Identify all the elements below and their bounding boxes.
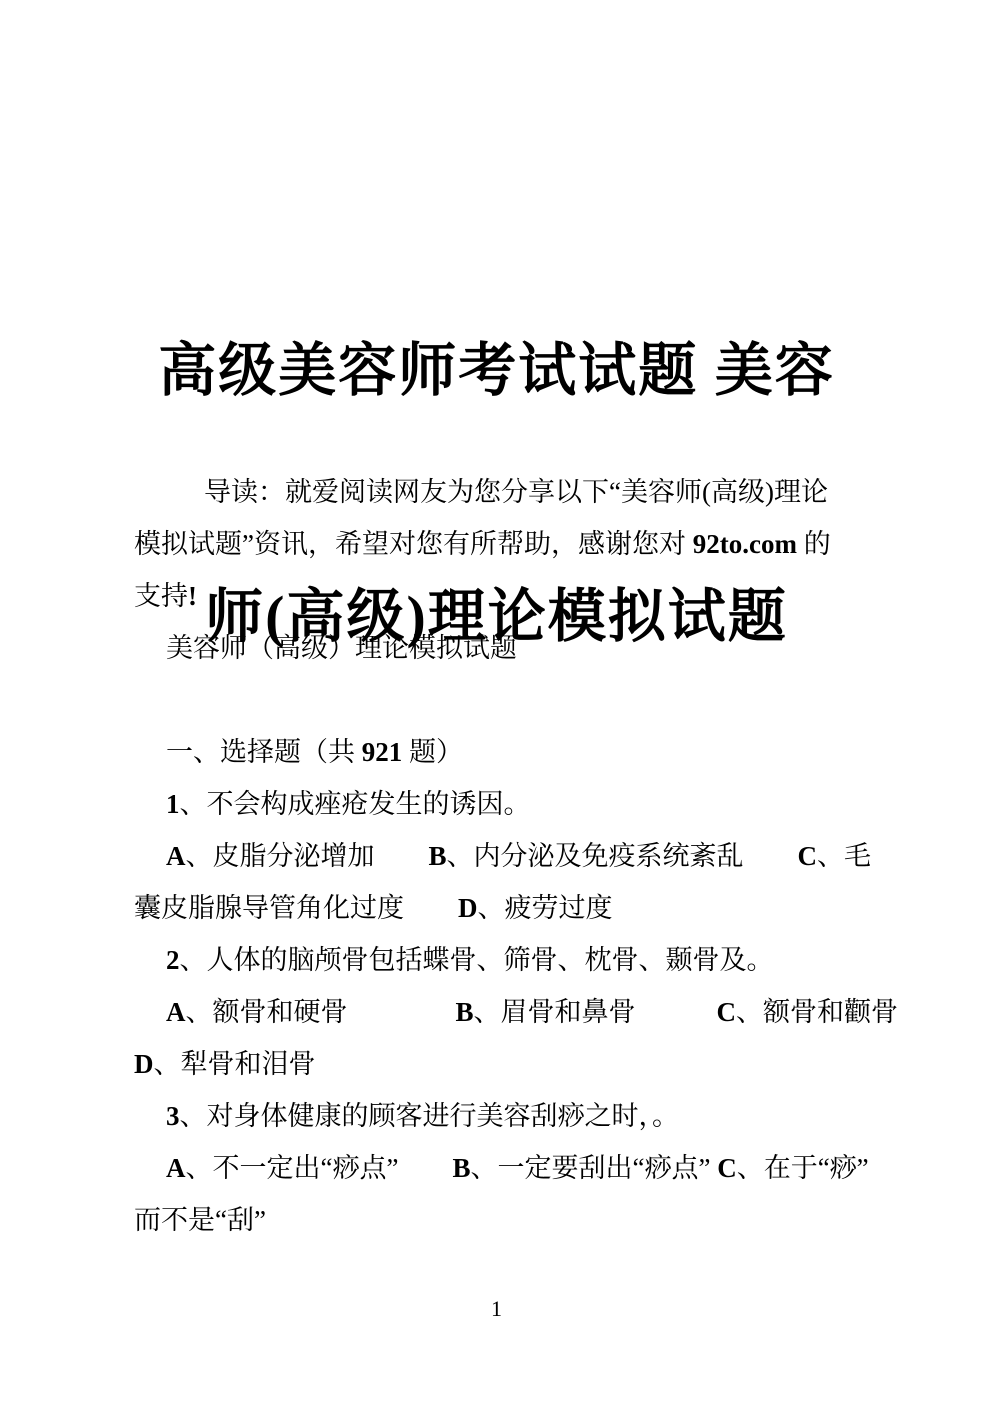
intro-line: 导读：就爱阅读网友为您分享以下“美容师(高级)理论	[134, 466, 846, 518]
text-segment: 1	[166, 789, 180, 819]
text-segment: 模拟试题”资讯，希望对您有所帮助，感谢您对	[134, 529, 693, 559]
question-1-options: A、皮脂分泌增加 B、内分泌及免疫系统紊乱 C、毛	[134, 830, 846, 882]
question-3-stem: 3、对身体健康的顾客进行美容刮痧之时，。	[134, 1090, 846, 1142]
blank-line	[134, 674, 846, 726]
page-title-line-1: 高级美容师考试试题 美容	[0, 330, 993, 412]
text-segment: 、人体的脑颅骨包括蝶骨、筛骨、枕骨、颞骨及。	[180, 945, 774, 975]
intro-line: 支持!	[134, 570, 846, 622]
text-segment: A	[166, 841, 186, 871]
text-segment: !	[188, 581, 197, 611]
question-1-stem: 1、不会构成痤疮发生的诱因。	[134, 778, 846, 830]
question-2-stem: 2、人体的脑颅骨包括蝶骨、筛骨、枕骨、颞骨及。	[134, 934, 846, 986]
section-heading: 一、选择题（共 921 题）	[134, 726, 846, 778]
text-segment: 而不是“刮”	[134, 1205, 266, 1235]
text-segment: B	[456, 997, 474, 1027]
question-2-options: A、额骨和硬骨 B、眉骨和鼻骨 C、额骨和颧骨	[134, 986, 846, 1038]
text-segment: 美容师（高级）理论模拟试题	[166, 633, 517, 663]
text-segment: 、对身体健康的顾客进行美容刮痧之时，。	[180, 1101, 680, 1131]
text-segment: 、眉骨和鼻骨	[474, 997, 717, 1027]
text-segment: 、内分泌及免疫系统紊乱	[447, 841, 798, 871]
text-segment: 、一定要刮出“痧点”	[470, 1153, 717, 1183]
text-segment: 、不会构成痤疮发生的诱因。	[180, 789, 531, 819]
subtitle-line: 美容师（高级）理论模拟试题	[134, 622, 846, 674]
text-segment: C	[717, 997, 737, 1027]
text-segment: 、在于“痧”	[737, 1153, 869, 1183]
text-segment: B	[429, 841, 447, 871]
text-segment: 、额骨和硬骨	[186, 997, 456, 1027]
text-segment: 92to.com	[693, 529, 797, 559]
question-3-options: A、不一定出“痧点” B、一定要刮出“痧点” C、在于“痧”	[134, 1142, 846, 1194]
document-page: 高级美容师考试试题 美容 师(高级)理论模拟试题 导读：就爱阅读网友为您分享以下…	[0, 0, 993, 1404]
text-segment: 题）	[402, 737, 463, 767]
document-body: 导读：就爱阅读网友为您分享以下“美容师(高级)理论模拟试题”资讯，希望对您有所帮…	[134, 466, 846, 1246]
text-segment: D	[458, 893, 478, 923]
text-segment: 、犁骨和泪骨	[154, 1049, 316, 1079]
text-segment: D	[134, 1049, 154, 1079]
page-number: 1	[0, 1294, 993, 1324]
text-segment: 、额骨和颧骨	[736, 997, 898, 1027]
text-segment: 、疲劳过度	[478, 893, 613, 923]
text-segment: C	[717, 1153, 737, 1183]
intro-line: 模拟试题”资讯，希望对您有所帮助，感谢您对 92to.com 的	[134, 518, 846, 570]
question-3-options: 而不是“刮”	[134, 1194, 846, 1246]
text-segment: A	[166, 997, 186, 1027]
text-segment: 的	[797, 529, 831, 559]
text-segment: 、皮脂分泌增加	[186, 841, 429, 871]
text-segment: C	[798, 841, 818, 871]
text-segment: 导读：就爱阅读网友为您分享以下“美容师(高级)理论	[204, 477, 828, 507]
text-segment: 3	[166, 1101, 180, 1131]
text-segment: B	[452, 1153, 470, 1183]
text-segment: 921	[362, 737, 403, 767]
text-segment: 、毛	[817, 841, 871, 871]
text-segment: 2	[166, 945, 180, 975]
text-segment: 、不一定出“痧点”	[186, 1153, 453, 1183]
text-segment: 一、选择题（共	[166, 737, 362, 767]
text-segment: A	[166, 1153, 186, 1183]
text-segment: 支持	[134, 581, 188, 611]
question-2-options: D、犁骨和泪骨	[134, 1038, 846, 1090]
question-1-options: 囊皮脂腺导管角化过度 D、疲劳过度	[134, 882, 846, 934]
text-segment: 囊皮脂腺导管角化过度	[134, 893, 458, 923]
